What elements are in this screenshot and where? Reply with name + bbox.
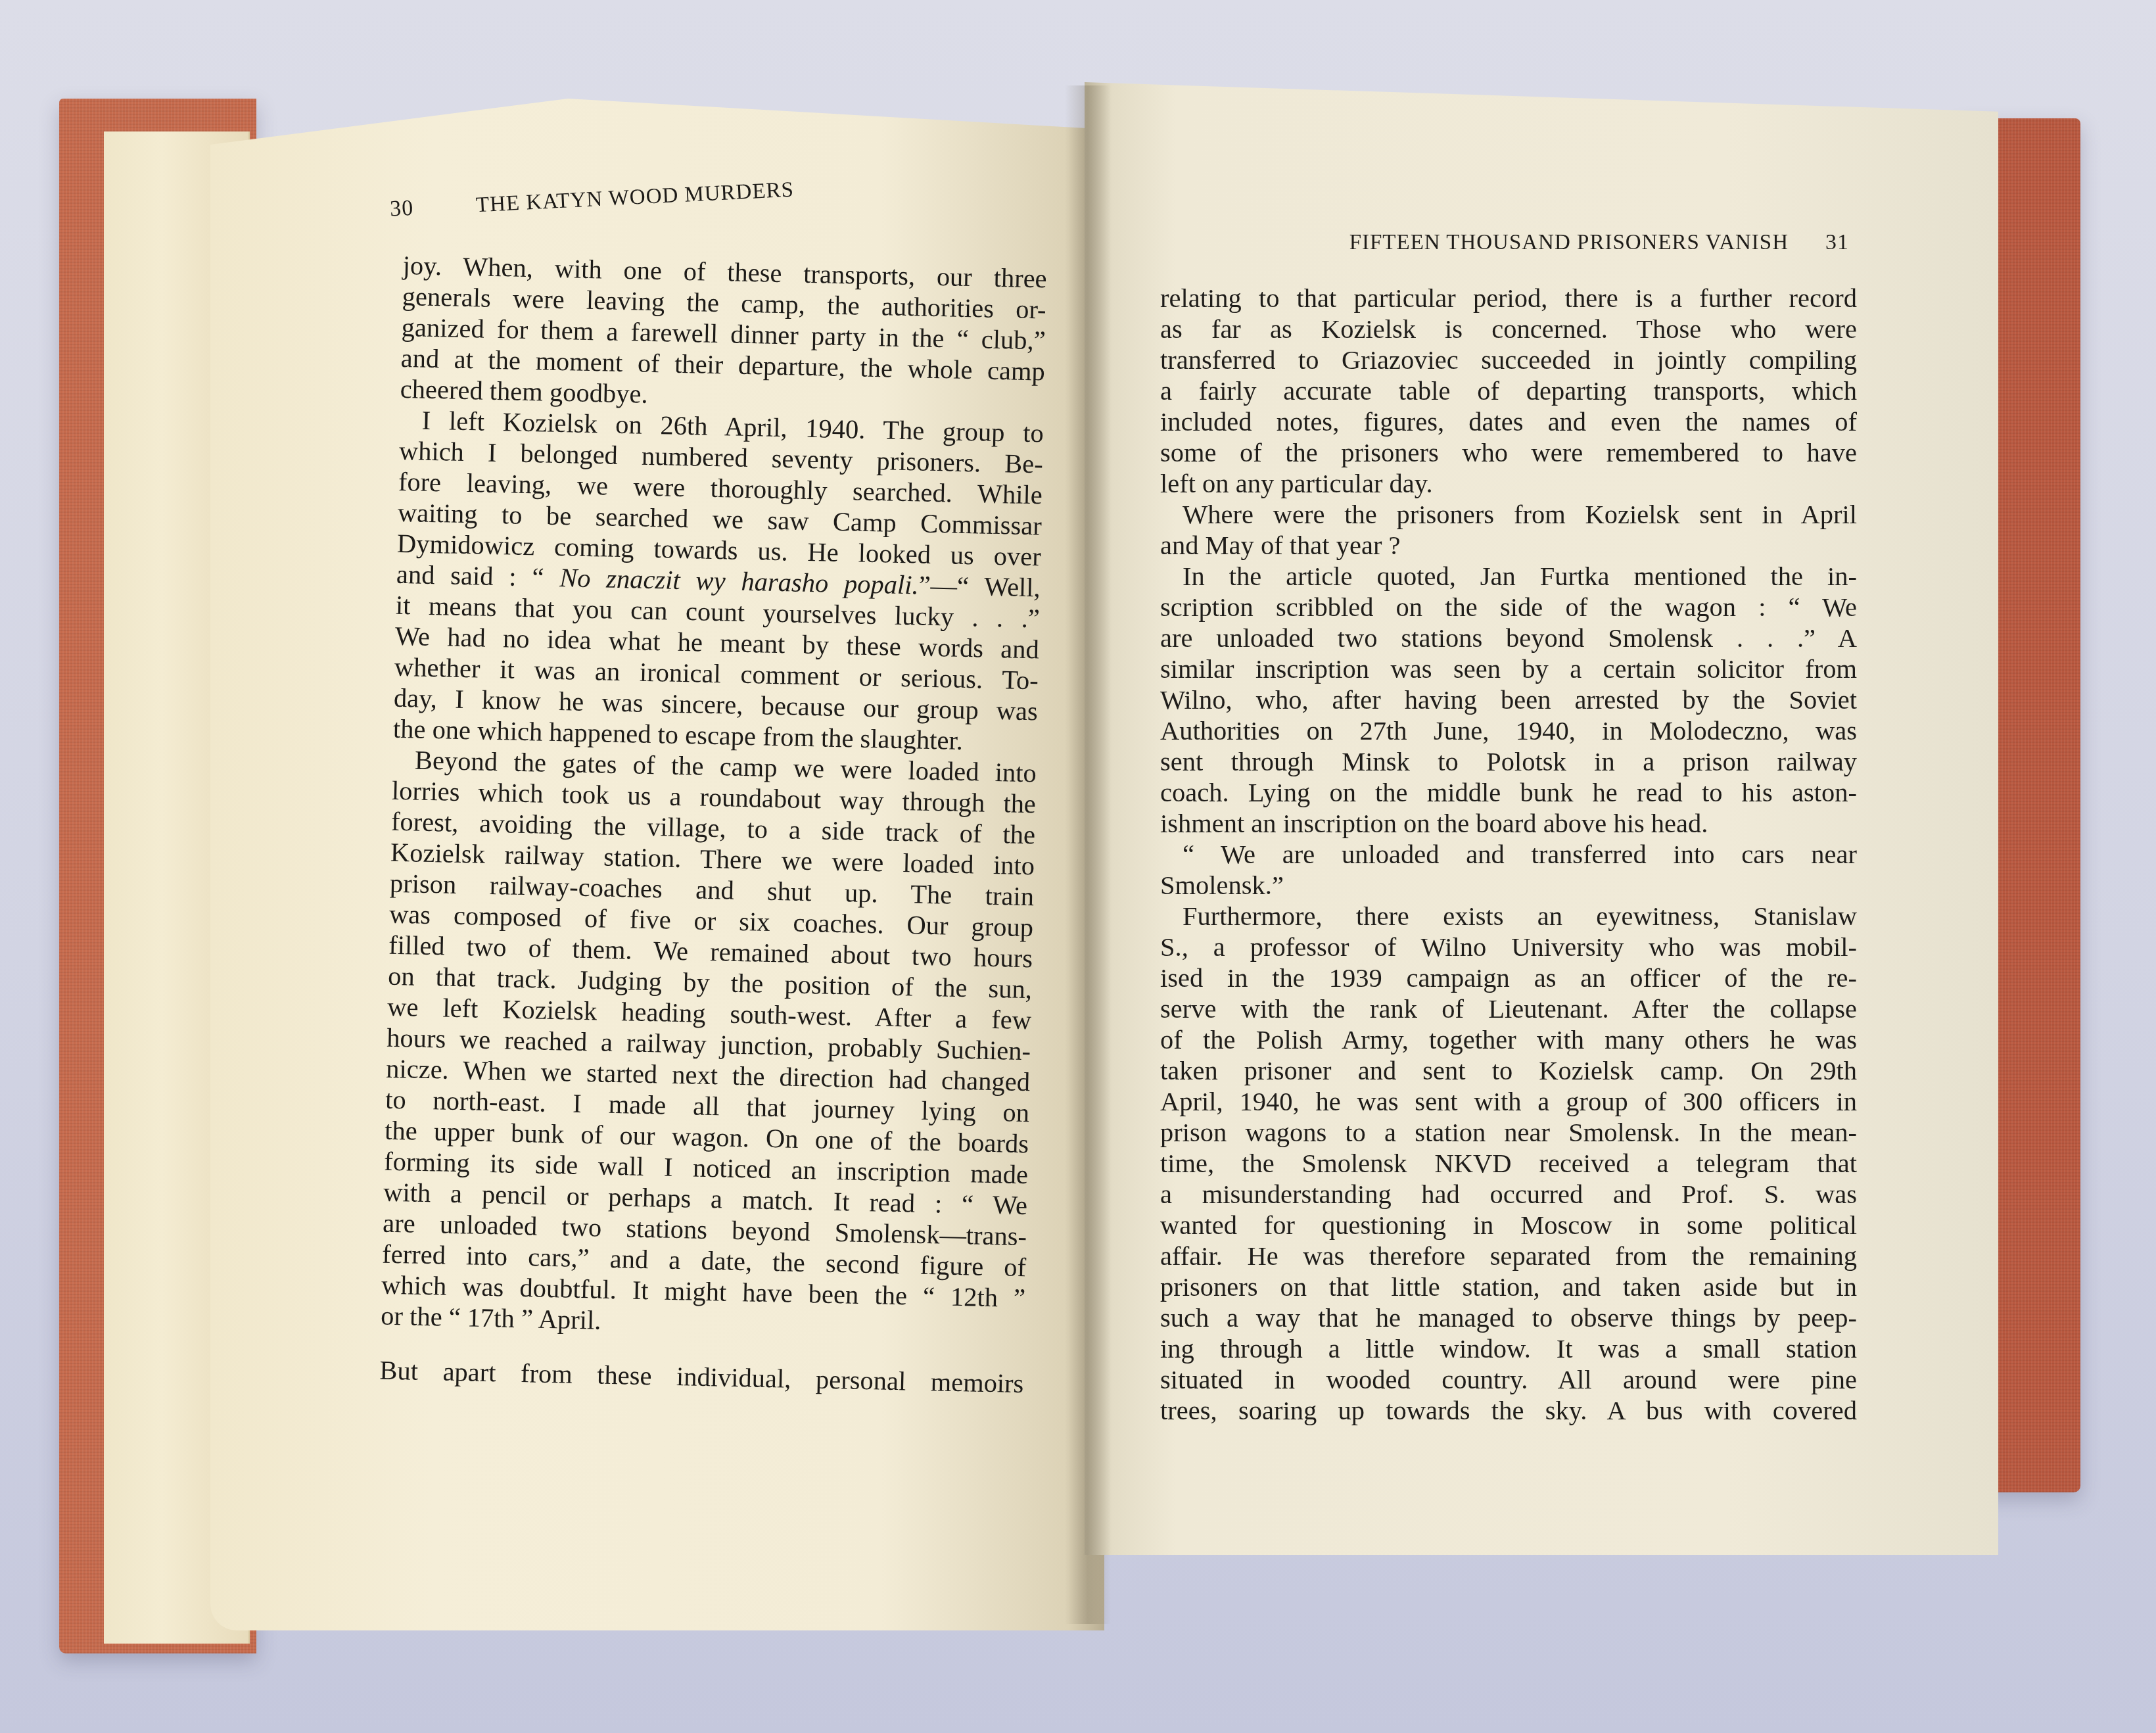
text-line: trees, soaring up towards the sky. A bus… [1160, 1395, 1857, 1426]
text-line: time, the Smolensk NKVD received a teleg… [1160, 1148, 1857, 1179]
text-line: relating to that particular period, ther… [1160, 283, 1857, 314]
text-line: April, 1940, he was sent with a group of… [1160, 1086, 1857, 1117]
text-line: transferred to Griazoviec succeeded in j… [1160, 344, 1857, 375]
text-line: scription scribbled on the side of the w… [1160, 592, 1857, 623]
text-line: prison wagons to a station near Smolensk… [1160, 1117, 1857, 1148]
page-number: 30 [389, 196, 414, 222]
text-line: included notes, figures, dates and even … [1160, 406, 1857, 437]
text-line: S., a professor of Wilno University who … [1160, 932, 1857, 962]
right-running-head: FIFTEEN THOUSAND PRISONERS VANISH 31 [1160, 230, 1849, 255]
text-line: In the article quoted, Jan Furtka mentio… [1160, 561, 1857, 592]
text-line: Smolensk.” [1160, 870, 1857, 901]
text-line: left on any particular day. [1160, 468, 1857, 499]
text-line: of the Polish Army, together with many o… [1160, 1024, 1857, 1055]
text-line: sent through Minsk to Polotsk in a priso… [1160, 746, 1857, 777]
text-line: a misunderstanding had occurred and Prof… [1160, 1179, 1857, 1210]
text-line: such a way that he managed to observe th… [1160, 1302, 1857, 1333]
text-line: coach. Lying on the middle bunk he read … [1160, 777, 1857, 808]
text-line: situated in wooded country. All around w… [1160, 1364, 1857, 1395]
page-number: 31 [1825, 230, 1849, 255]
text-line: prisoners on that little station, and ta… [1160, 1271, 1857, 1302]
left-page-text: 30 THE KATYN WOOD MURDERS joy. When, wit… [379, 197, 1048, 1399]
text-line: ised in the 1939 campaign as an officer … [1160, 962, 1857, 993]
text-line: are unloaded two stations beyond Smolens… [1160, 623, 1857, 653]
book-gutter [1065, 85, 1111, 1624]
text-line: affair. He was therefore separated from … [1160, 1241, 1857, 1271]
text-line: Furthermore, there exists an eyewitness,… [1160, 901, 1857, 932]
text-line: ing through a little window. It was a sm… [1160, 1333, 1857, 1364]
text-line: “ We are unloaded and transferred into c… [1160, 839, 1857, 870]
text-line: Where were the prisoners from Kozielsk s… [1160, 499, 1857, 530]
text-line: a fairly accurate table of departing tra… [1160, 375, 1857, 406]
text-line: and May of that year ? [1160, 530, 1857, 561]
right-page-text: FIFTEEN THOUSAND PRISONERS VANISH 31 rel… [1160, 230, 1857, 1426]
text-line: as far as Kozielsk is concerned. Those w… [1160, 314, 1857, 344]
text-line: taken prisoner and sent to Kozielsk camp… [1160, 1055, 1857, 1086]
text-line: similar inscription was seen by a certai… [1160, 653, 1857, 684]
text-line: wanted for questioning in Moscow in some… [1160, 1210, 1857, 1241]
text-line: Authorities on 27th June, 1940, in Molod… [1160, 715, 1857, 746]
text-line: some of the prisoners who were remembere… [1160, 437, 1857, 468]
text-line: serve with the rank of Lieutenant. After… [1160, 993, 1857, 1024]
text-line: ishment an inscription on the board abov… [1160, 808, 1857, 839]
text-line: Wilno, who, after having been arrested b… [1160, 684, 1857, 715]
running-head-title: FIFTEEN THOUSAND PRISONERS VANISH [1349, 231, 1789, 255]
